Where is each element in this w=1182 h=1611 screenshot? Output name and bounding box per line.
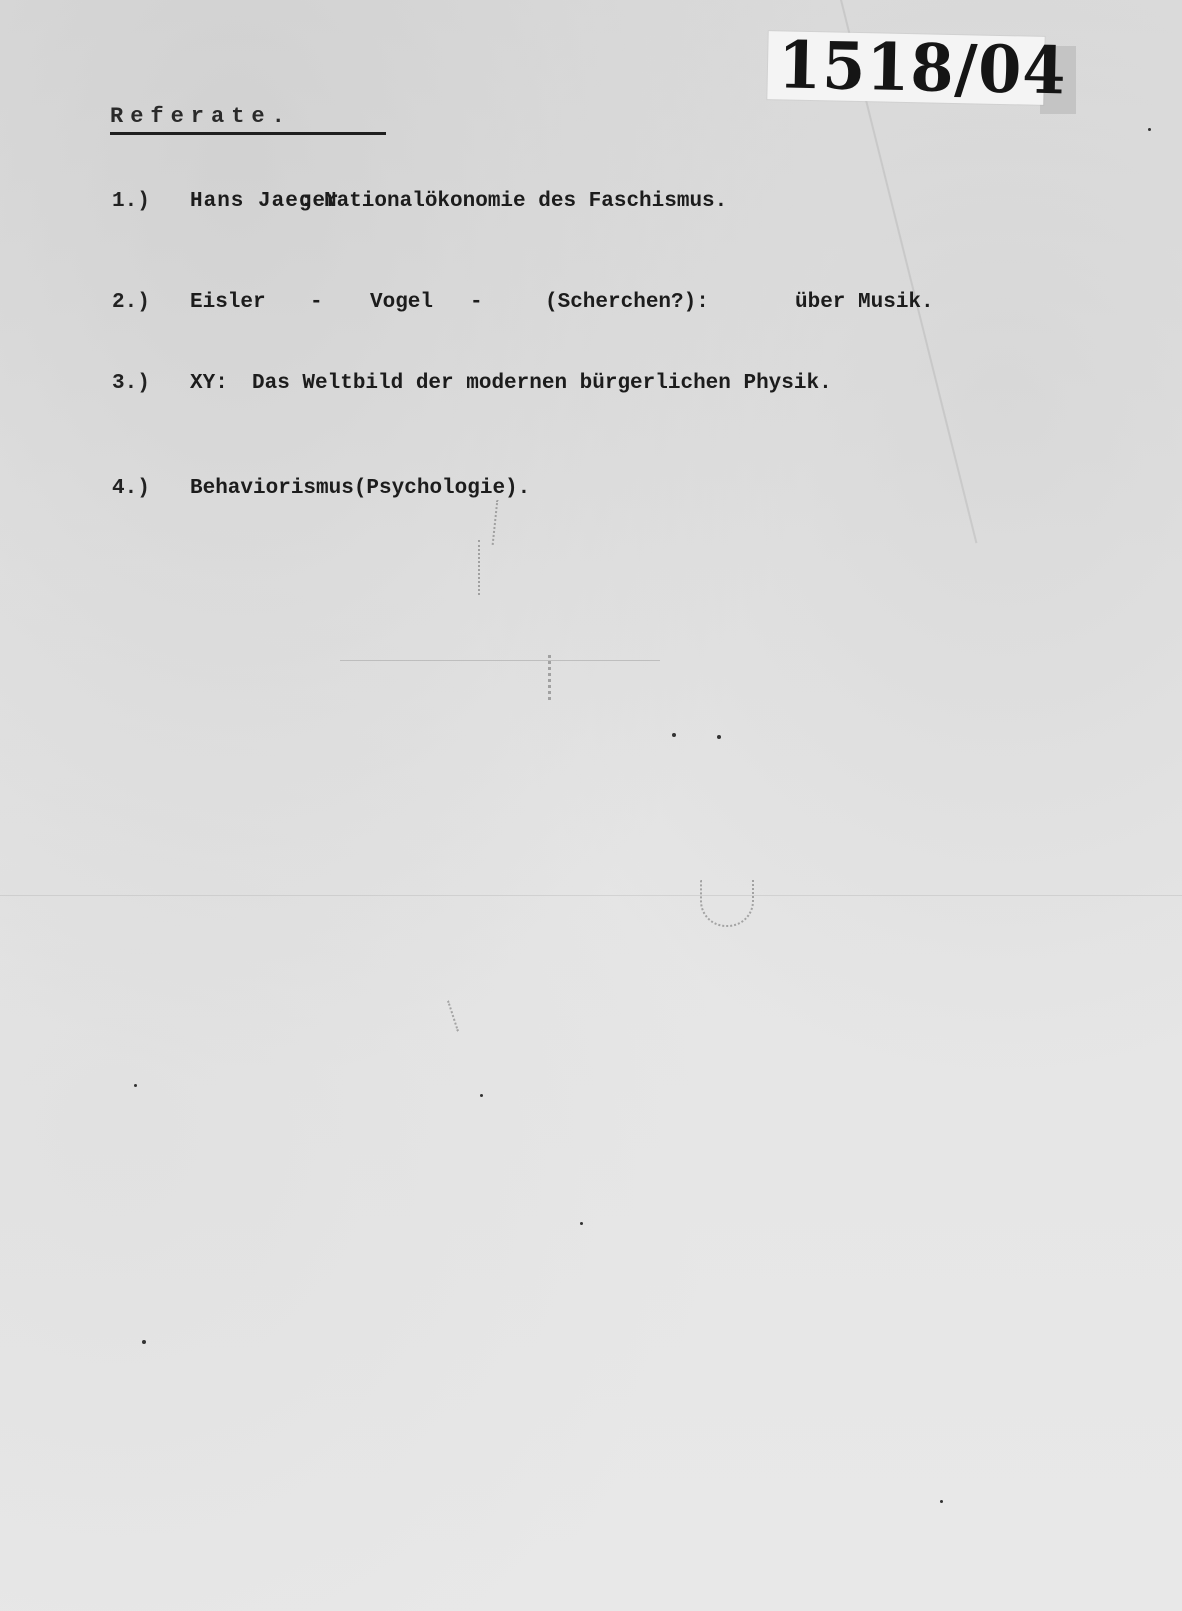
item-speaker: Eisler bbox=[190, 290, 310, 316]
list-item: 3.)XY:Das Weltbild der modernen bürgerli… bbox=[112, 371, 832, 397]
pencil-mark bbox=[447, 1000, 459, 1031]
item-number: 4.) bbox=[112, 476, 190, 502]
item-speaker: (Scherchen?): bbox=[545, 290, 795, 316]
item-speaker: Vogel bbox=[370, 290, 470, 316]
ink-speck bbox=[940, 1500, 943, 1503]
item-number: 2.) bbox=[112, 290, 190, 316]
scanned-document-page: 1518/04 Referate. 1.)Hans Jaeger:Nationa… bbox=[0, 0, 1182, 1611]
item-number: 3.) bbox=[112, 371, 190, 397]
pencil-mark bbox=[492, 500, 499, 545]
item-number: 1.) bbox=[112, 189, 190, 215]
pencil-mark bbox=[548, 655, 551, 700]
item-dash: - bbox=[310, 290, 370, 316]
item-topic: Behaviorismus(Psychologie). bbox=[190, 477, 530, 500]
ink-speck bbox=[672, 733, 676, 737]
item-speaker: Hans Jaeger bbox=[190, 189, 300, 215]
item-dash: - bbox=[470, 290, 545, 316]
ink-speck bbox=[134, 1084, 137, 1087]
item-topic: Das Weltbild der modernen bürgerlichen P… bbox=[252, 372, 832, 395]
pencil-mark bbox=[478, 540, 480, 595]
ink-speck bbox=[580, 1222, 583, 1225]
document-heading: Referate. bbox=[110, 104, 292, 130]
archive-number: 1518/04 bbox=[777, 28, 1067, 110]
paper-fold-line bbox=[0, 895, 1182, 896]
list-item: 4.)Behaviorismus(Psychologie). bbox=[112, 476, 530, 502]
list-item: 1.)Hans Jaeger:Nationalökonomie des Fasc… bbox=[112, 189, 727, 215]
heading-underline bbox=[110, 132, 386, 135]
ink-speck bbox=[142, 1340, 146, 1344]
list-item: 2.)Eisler-Vogel-(Scherchen?):über Musik. bbox=[112, 290, 934, 316]
ink-speck bbox=[480, 1094, 483, 1097]
archive-number-label: 1518/04 bbox=[767, 31, 1044, 105]
pencil-line bbox=[340, 660, 660, 661]
item-topic: über Musik. bbox=[795, 290, 934, 316]
item-speaker: XY: bbox=[190, 371, 252, 397]
ink-speck bbox=[1148, 128, 1151, 131]
ink-speck bbox=[717, 735, 721, 739]
pencil-mark bbox=[700, 880, 754, 927]
item-separator: : bbox=[300, 189, 324, 215]
item-topic: Nationalökonomie des Faschismus. bbox=[324, 190, 727, 213]
